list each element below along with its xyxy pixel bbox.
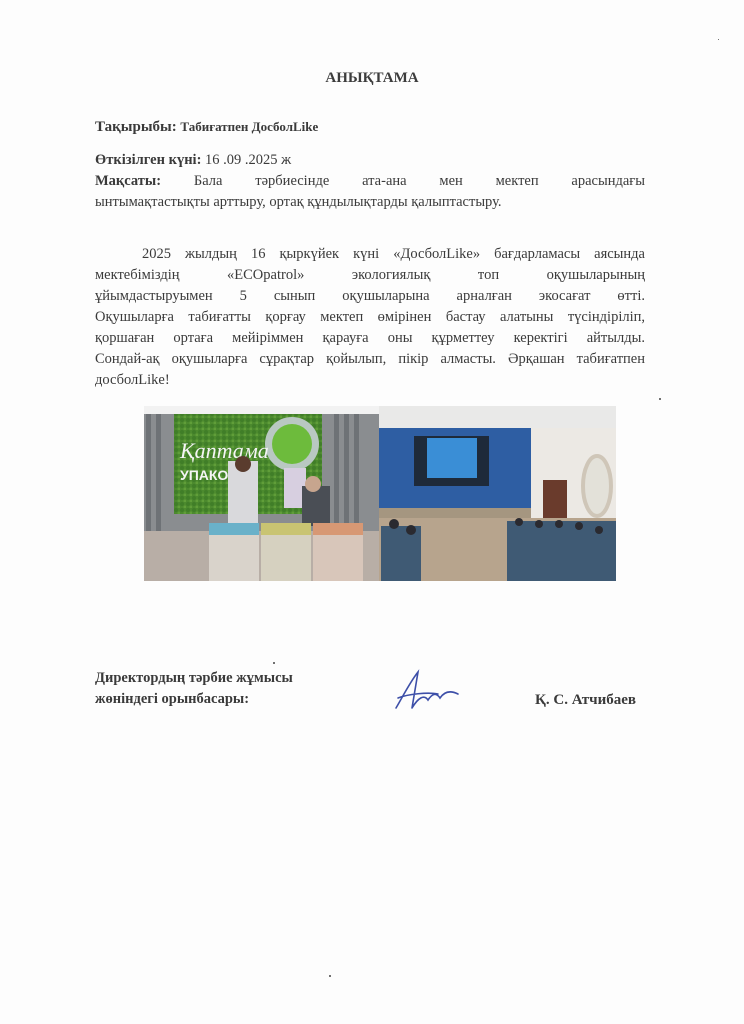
- scan-speck: [718, 39, 719, 40]
- body-line: мектебіміздің «ECOpatrol» экологиялық то…: [95, 265, 645, 286]
- topic-value: Табиғатпен ДосболLike: [180, 119, 318, 134]
- scan-speck: [329, 975, 331, 977]
- signatory-name: Қ. С. Атчибаев: [535, 692, 636, 709]
- svg-text:Қаптама: Қаптама: [179, 438, 269, 463]
- body-paragraph: 2025 жылдың 16 қыркүйек күні «ДосболLike…: [95, 244, 645, 391]
- goal-text-1: Бала тәрбиесінде ата-ана мен мектеп арас…: [194, 173, 645, 189]
- photo-eco-stage: Қаптама УПАКОВКА: [144, 406, 379, 581]
- goal-block: Мақсаты: Бала тәрбиесінде ата-ана мен ме…: [95, 171, 645, 213]
- goal-line-1: Мақсаты: Бала тәрбиесінде ата-ана мен ме…: [95, 171, 645, 192]
- date-line: Өткізілген күні: 16 .09 .2025 ж: [95, 150, 645, 171]
- date-label: Өткізілген күні:: [95, 152, 201, 168]
- photo-assembly-hall: [379, 406, 616, 581]
- signature-mark: [388, 668, 468, 719]
- body-line: қоршаған ортаға мейіріммен қарауға оны қ…: [95, 328, 645, 349]
- document-title: АНЫҚТАМА: [0, 70, 744, 87]
- signatory-position: Директордың тәрбие жұмысы жөніндегі орын…: [95, 668, 293, 710]
- goal-label: Мақсаты:: [95, 173, 161, 189]
- position-line-1: Директордың тәрбие жұмысы: [95, 668, 293, 689]
- scan-speck: [659, 398, 661, 400]
- scan-speck: [273, 662, 275, 664]
- topic-line: Тақырыбы: Табиғатпен ДосболLike: [95, 116, 645, 138]
- goal-line-2: ынтымақтастықты арттыру, ортақ құндылықт…: [95, 192, 645, 213]
- topic-label: Тақырыбы:: [95, 119, 177, 135]
- body-line: ұйымдастыруымен 5 сынып оқушыларына арна…: [95, 286, 645, 307]
- body-line: 2025 жылдың 16 қыркүйек күні «ДосболLike…: [95, 244, 645, 265]
- date-value: 16 .09 .2025 ж: [205, 152, 291, 168]
- body-line: досболLike!: [95, 370, 645, 391]
- body-line: Сондай-ақ оқушыларға сұрақтар қойылып, п…: [95, 349, 645, 370]
- position-line-2: жөніндегі орынбасары:: [95, 689, 293, 710]
- body-line: Оқушыларға табиғатты қорғау мектеп өмірі…: [95, 307, 645, 328]
